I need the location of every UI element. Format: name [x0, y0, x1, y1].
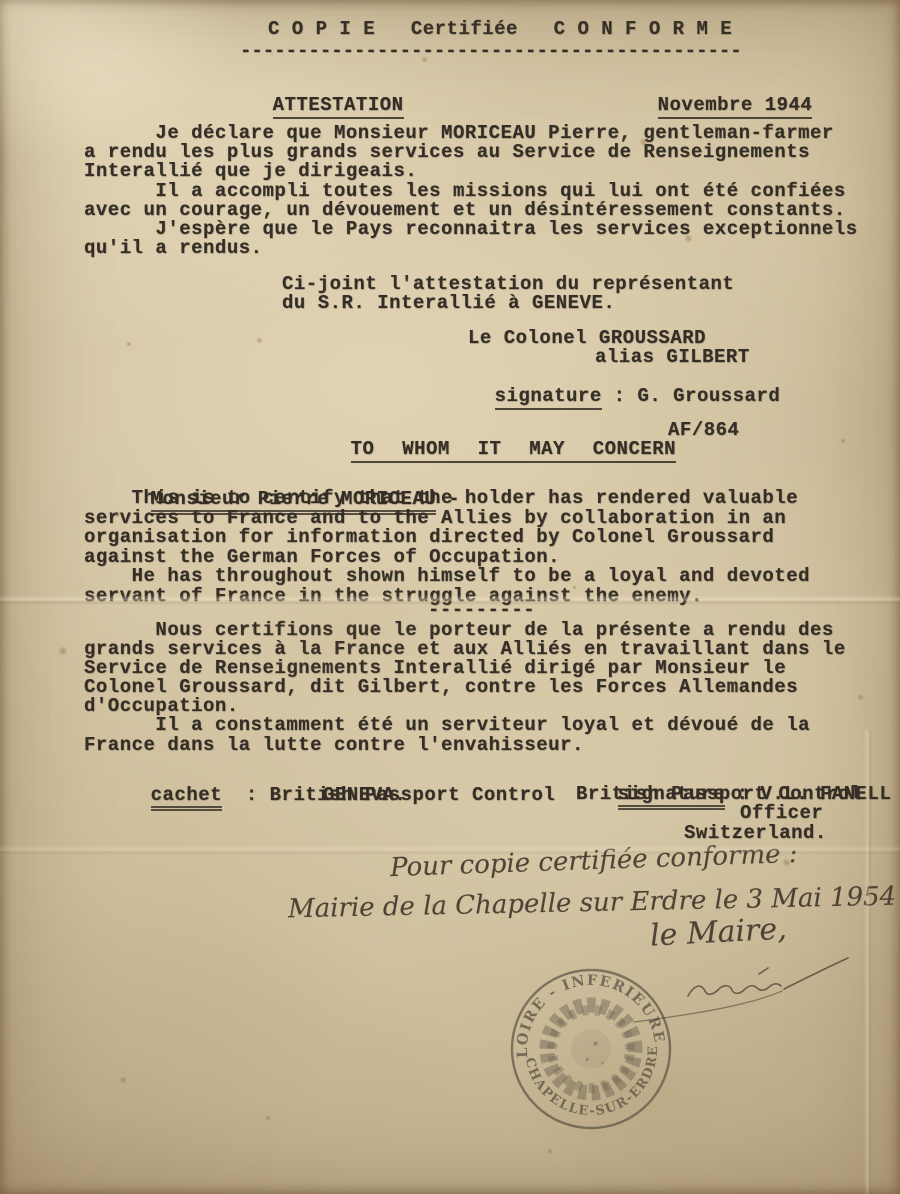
stain-spot — [256, 337, 263, 344]
english-attestation-paragraphs: This is to certify that the holder has r… — [84, 489, 810, 607]
document-date-text: Novembre 1944 — [658, 94, 813, 119]
stain-spot — [840, 438, 846, 444]
section-separator-dashes: --------- — [428, 601, 535, 620]
to-whom-it-may-concern-heading: TO WHOM IT MAY CONCERN — [295, 421, 676, 479]
handwritten-town-date-line: Mairie de la Chapelle sur Erdre le 3 Mai… — [288, 882, 897, 925]
stain-spot — [547, 1148, 553, 1154]
stain-spot — [58, 646, 68, 656]
concern-heading-text: TO WHOM IT MAY CONCERN — [351, 438, 676, 463]
handwritten-mayor-line: le Maire, — [649, 912, 787, 953]
stain-spot — [126, 341, 132, 347]
signatory-title: Officer — [740, 804, 823, 823]
municipal-stamp: LOIRE - INFERIEURE CHAPELLE-SUR-ERDRE — [498, 956, 685, 1143]
title-dashed-underline: ----------------------------------------… — [240, 42, 742, 61]
french-certification-paragraphs: Nous certifions que le porteur de la pré… — [84, 621, 846, 755]
signature-value: : G. Groussard — [602, 385, 781, 407]
handwritten-certified-copy-line: Pour copie certifiée conforme : — [390, 839, 798, 883]
groussard-signature-line: signature : G. Groussard — [447, 368, 780, 426]
enclosure-note: Ci-joint l'attestation du représentant d… — [282, 275, 734, 313]
attestation-heading-text: ATTESTATION — [273, 94, 404, 119]
copy-certified-title: C O P I E Certifiée C O N F O R M E — [268, 20, 732, 39]
scanned-document: C O P I E Certifiée C O N F O R M E ----… — [0, 0, 900, 1194]
stain-spot — [119, 1076, 127, 1084]
french-attestation-paragraphs: Je déclare que Monsieur MORICEAU Pierre,… — [84, 124, 858, 258]
cachet-city: GENEVA. — [323, 786, 406, 805]
stain-spot — [265, 1115, 271, 1121]
signature-label: signature — [495, 385, 602, 410]
signatory-alias: alias GILBERT — [595, 348, 750, 367]
stain-spot — [857, 694, 864, 701]
cachet-label: cachet — [151, 784, 222, 811]
reference-number: AF/864 — [668, 421, 739, 440]
